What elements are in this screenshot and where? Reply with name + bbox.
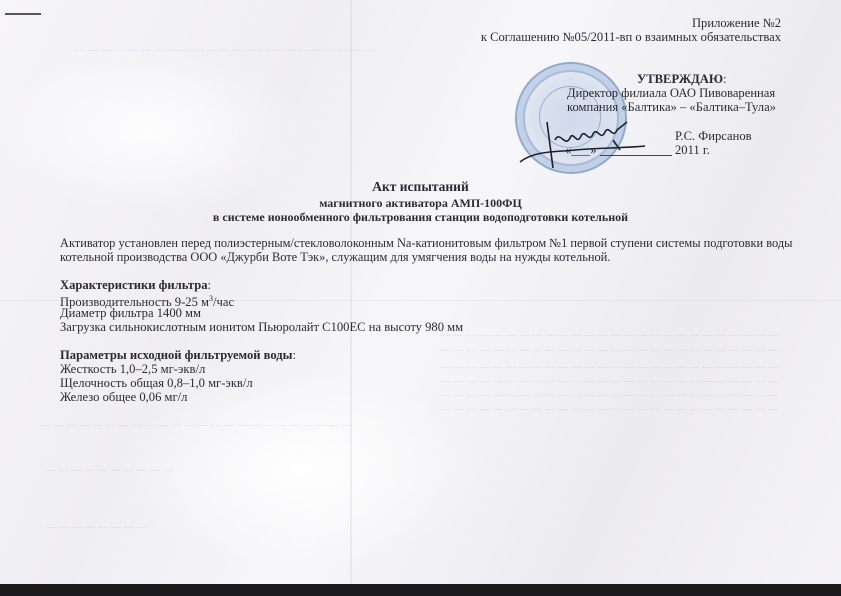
filter-spec-item: Загрузка сильнокислотным ионитом Пьюрола… xyxy=(60,320,463,334)
signature-icon xyxy=(515,110,655,170)
water-params-heading: Параметры исходной фильтруемой воды: xyxy=(60,348,296,362)
filter-specs-heading: Характеристики фильтра: xyxy=(60,278,211,292)
document-subtitle: магнитного активатора АМП-100ФЦ xyxy=(0,196,841,210)
bleed-through-text: — — — — — — — — — — — — — — — — — — — — … xyxy=(440,345,779,356)
approver-position: Директор филиала ОАО Пивоваренная xyxy=(567,86,775,100)
bleed-through-text: — — — — — — — — — — — — — — — — — — — — … xyxy=(440,404,779,415)
approval-date-year: 2011 г. xyxy=(675,143,710,157)
scan-artifact xyxy=(5,13,41,15)
approval-heading: УТВЕРЖДАЮ: xyxy=(637,72,727,86)
bleed-through-text: — — — — — — — — — — — — — — — — — — — — … xyxy=(75,45,374,56)
appendix-label: Приложение №2 xyxy=(692,16,781,30)
scanned-page: — — — — — — — — — — — — — — — — — — — — … xyxy=(0,0,841,584)
bleed-through-text: — — — — — — — — — — — — — — — — — — — — … xyxy=(440,376,779,387)
water-param-item: Жесткость 1,0–2,5 мг-экв/л xyxy=(60,362,205,376)
approver-name: Р.С. Фирсанов xyxy=(675,129,752,143)
agreement-reference: к Соглашению №05/2011-вп о взаимных обяз… xyxy=(481,30,781,44)
document-title: Акт испытаний xyxy=(0,180,841,194)
bleed-through-text: — — — — — — — — — — — — — — — — — — — — … xyxy=(440,390,779,401)
approval-title: УТВЕРЖДАЮ xyxy=(637,72,723,86)
filter-spec-item: Диаметр фильтра 1400 мм xyxy=(60,306,201,320)
scanner-edge xyxy=(0,584,841,596)
bleed-through-text: — — — — — — — — — — — — — — — — — — — — … xyxy=(440,330,779,341)
intro-paragraph-line: Активатор установлен перед полиэстерным/… xyxy=(60,236,793,250)
bleed-through-text: — — — — — — — — — — xyxy=(45,465,174,476)
bleed-through-text: — — — — — — — — — — — — — — — — — — — — … xyxy=(40,420,352,431)
water-param-item: Железо общее 0,06 мг/л xyxy=(60,390,187,404)
document-subtitle-2: в системе ионообменного фильтрования ста… xyxy=(0,210,841,224)
water-param-item: Щелочность общая 0,8–1,0 мг-экв/л xyxy=(60,376,253,390)
bleed-through-text: — — — — — — — — — — — — — — — — — — — — … xyxy=(440,362,779,373)
intro-paragraph-line: котельной производства ООО «Джурби Воте … xyxy=(60,250,610,264)
paper-crease xyxy=(350,0,352,584)
bleed-through-text: — — — — — — — — xyxy=(45,522,147,533)
